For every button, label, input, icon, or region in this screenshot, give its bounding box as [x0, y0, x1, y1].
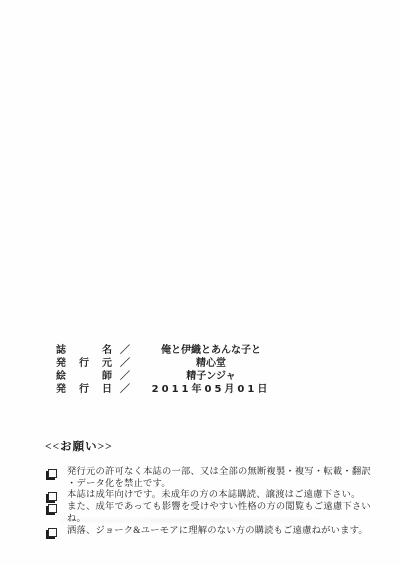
scan-artifact [60, 518, 320, 523]
request-heading: <<お願い>> [45, 438, 375, 454]
request-list: 発行元の許可なく本誌の一部、又は全部の無断複製・複写・転載・翻訳 ・データ化を禁… [45, 467, 375, 537]
colophon-value-publisher: 精心堂 [138, 357, 284, 370]
shadow-square-bullet-icon [48, 504, 57, 513]
colophon-row-artist: 絵師 ／ 精子ンジャ [56, 370, 284, 383]
request-item-text: 発行元の許可なく本誌の一部、又は全部の無断複製・複写・転載・翻訳 ・データ化を禁… [67, 467, 371, 490]
colophon-row-title: 誌名 ／ 俺と伊織とあんな子と [56, 344, 284, 357]
list-item: 洒落、ジョーク&ユーモアに理解のない方の購読もご遠慮ねがいます。 [45, 526, 375, 538]
colophon-label-artist: 絵師 [56, 370, 112, 383]
colophon-value-title: 俺と伊織とあんな子と [138, 344, 284, 357]
list-item: 本誌は成年向けです。未成年の方の本誌購読、譲渡はご遠慮下さい。 [45, 490, 375, 502]
colophon-label-title: 誌名 [56, 344, 112, 357]
shadow-square-bullet-icon [48, 528, 57, 537]
colophon-separator: ／ [112, 344, 138, 357]
colophon-block: 誌名 ／ 俺と伊織とあんな子と 発行元 ／ 精心堂 絵師 ／ 精子ンジャ 発行日… [56, 344, 284, 396]
colophon-row-date: 発行日 ／ 2011年05月01日 [56, 383, 284, 396]
request-item-text: 本誌は成年向けです。未成年の方の本誌購読、譲渡はご遠慮下さい。 [67, 490, 361, 502]
colophon-separator: ／ [112, 370, 138, 383]
scanned-page: 誌名 ／ 俺と伊織とあんな子と 発行元 ／ 精心堂 絵師 ／ 精子ンジャ 発行日… [0, 0, 400, 565]
shadow-square-bullet-icon [48, 469, 57, 478]
colophon-separator: ／ [112, 383, 138, 396]
colophon-row-publisher: 発行元 ／ 精心堂 [56, 357, 284, 370]
shadow-square-bullet-icon [48, 492, 57, 501]
colophon-label-publisher: 発行元 [56, 357, 112, 370]
colophon-value-artist: 精子ンジャ [138, 370, 284, 383]
colophon-separator: ／ [112, 357, 138, 370]
colophon-value-date: 2011年05月01日 [138, 383, 284, 396]
list-item: 発行元の許可なく本誌の一部、又は全部の無断複製・複写・転載・翻訳 ・データ化を禁… [45, 467, 375, 490]
request-item-text: 洒落、ジョーク&ユーモアに理解のない方の購読もご遠慮ねがいます。 [67, 526, 368, 538]
colophon-label-date: 発行日 [56, 383, 112, 396]
